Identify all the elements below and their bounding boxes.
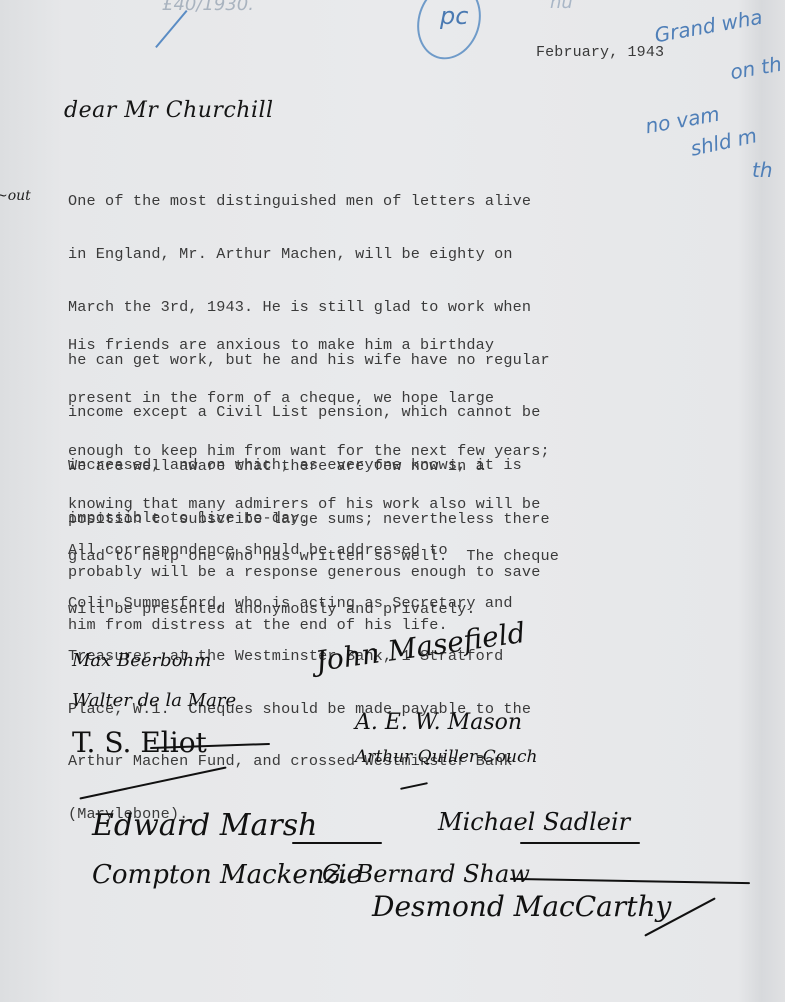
signature-quiller-couch: Arthur Quiller-Couch bbox=[355, 747, 537, 767]
signature-de-la-mare: Walter de la Mare bbox=[72, 690, 236, 711]
left-margin-mark: ~out bbox=[0, 188, 31, 204]
text-line: in England, Mr. Arthur Machen, will be e… bbox=[68, 246, 550, 264]
signature-underline bbox=[292, 842, 382, 844]
margin-annotation-1: Grand wha bbox=[653, 5, 765, 48]
signature-mason: A. E. W. Mason bbox=[355, 710, 522, 735]
margin-annotation-5: th bbox=[752, 158, 773, 182]
salutation: dear Mr Churchill bbox=[64, 98, 274, 123]
letter-page: £40/1930. pc hu Grand wha on th no vam s… bbox=[0, 0, 785, 1002]
text-line: His friends are anxious to make him a bi… bbox=[68, 337, 559, 355]
faded-top-annotation: hu bbox=[550, 0, 573, 13]
faded-pencil-annotation: £40/1930. bbox=[162, 0, 254, 15]
signature-flourish bbox=[510, 878, 750, 884]
signature-shaw: G. Bernard Shaw bbox=[322, 860, 530, 888]
blue-slash-mark bbox=[155, 10, 187, 48]
circled-initials-annotation: pc bbox=[440, 2, 468, 30]
letter-date: February, 1943 bbox=[536, 44, 664, 62]
text-line: We are well aware that there are few now… bbox=[68, 458, 550, 476]
text-line: present in the form of a cheque, we hope… bbox=[68, 390, 559, 408]
signature-marsh: Edward Marsh bbox=[92, 808, 317, 843]
paragraph-4: All correspondence should be addressed t… bbox=[68, 507, 531, 859]
text-line: All correspondence should be addressed t… bbox=[68, 542, 531, 560]
text-line: Colin Summerford, who is acting as Secre… bbox=[68, 595, 531, 613]
margin-annotation-2: on th bbox=[728, 52, 783, 85]
signature-eliot: T. S. Eliot bbox=[72, 726, 207, 759]
text-line: One of the most distinguished men of let… bbox=[68, 193, 550, 211]
signature-maccarthy: Desmond MacCarthy bbox=[372, 890, 671, 923]
signature-underline bbox=[520, 842, 640, 844]
signature-sadleir: Michael Sadleir bbox=[438, 808, 630, 836]
signature-beerbohm: Max Beerbohm bbox=[72, 650, 211, 671]
